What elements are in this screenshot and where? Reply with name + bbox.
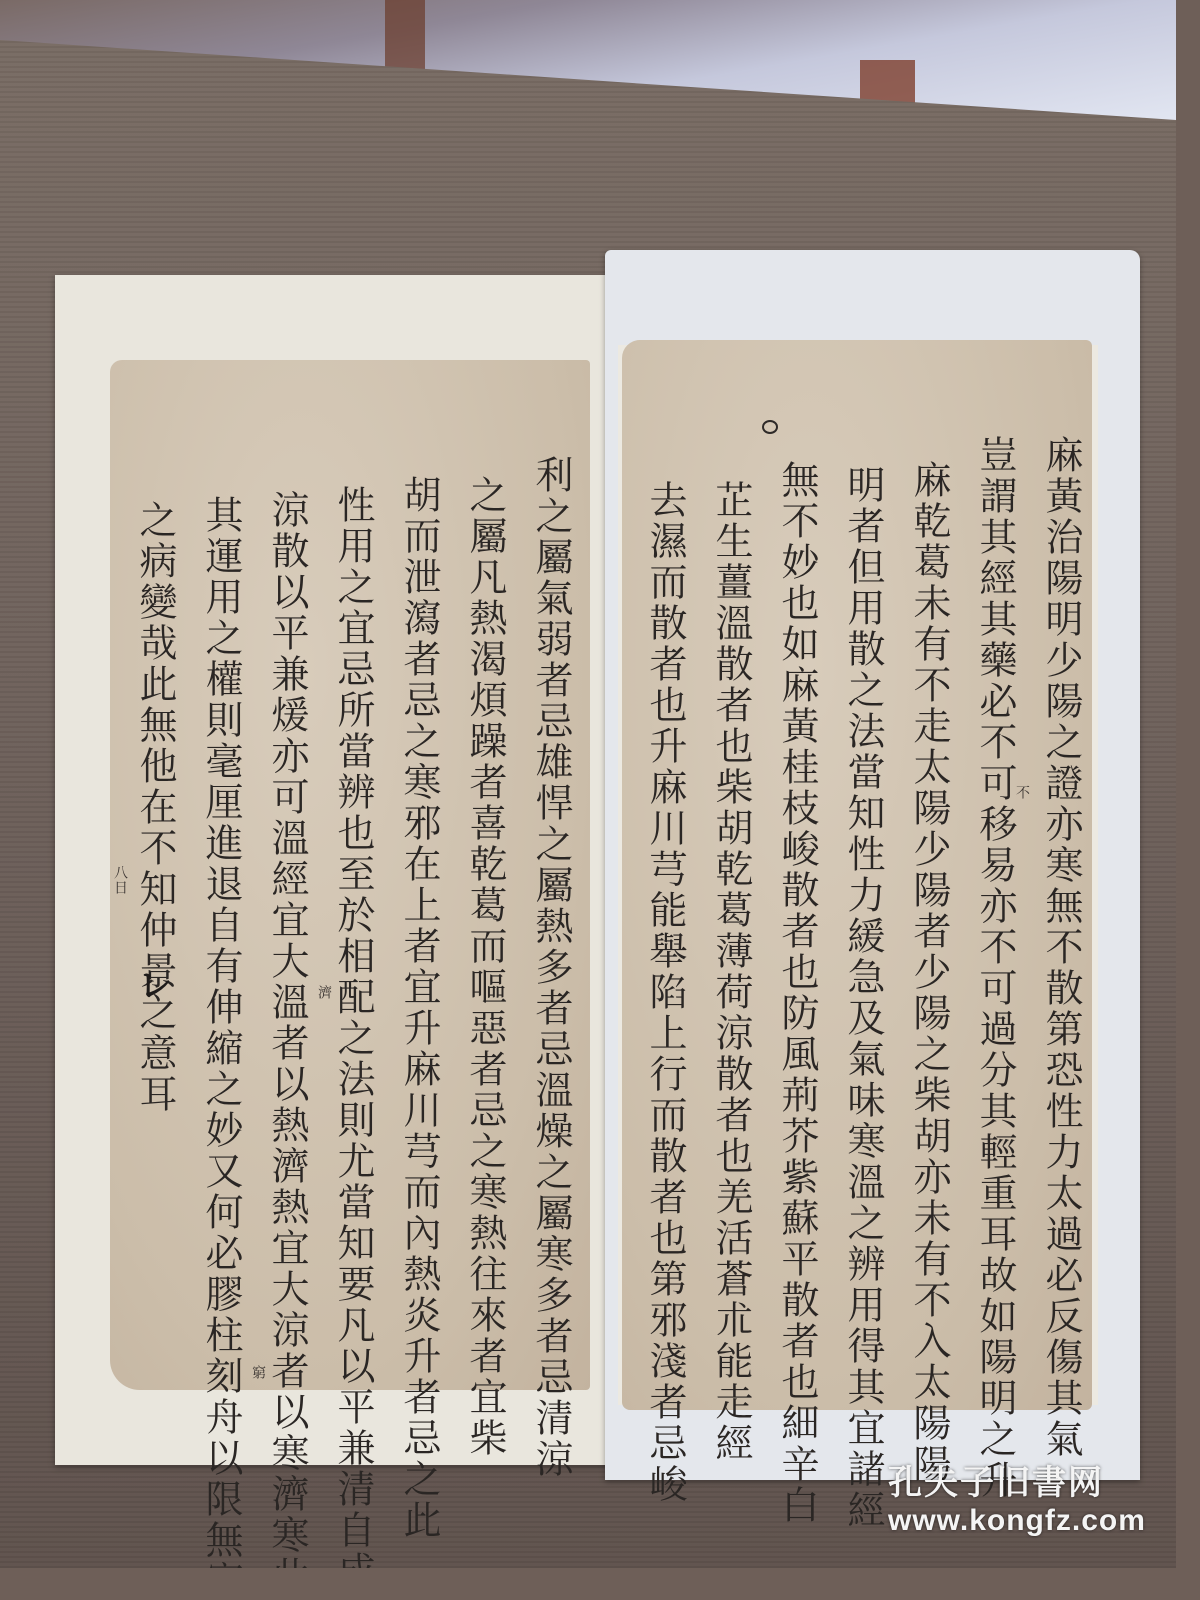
margin-page-note: 八日 bbox=[110, 865, 130, 895]
site-watermark: 孔夫子旧書网 www.kongfz.com bbox=[888, 1455, 1158, 1538]
text-column: 麻黃治陽明少陽之證亦寒無不散第恐性力太過必反傷其氣 bbox=[1042, 435, 1080, 1460]
interlinear-note: 窮 bbox=[248, 1365, 268, 1380]
circle-punctuation-mark bbox=[762, 420, 778, 434]
text-column: 胡而泄瀉者忌之寒邪在上者宜升麻川芎而內熱炎升者忌之此 bbox=[400, 475, 438, 1541]
text-column: 明者但用散之法當知性力緩急及氣味寒溫之辨用得其宜諸經 bbox=[844, 465, 882, 1531]
left-manuscript-page: 利之屬氣弱者忌雄悍之屬熱多者忌溫燥之屬寒多者忌清涼 之屬凡熱渴煩躁者喜乾葛而嘔惡… bbox=[110, 360, 590, 1390]
text-column: 去濕而散者也升麻川芎能舉陷上行而散者也第邪淺者忌峻 bbox=[646, 480, 684, 1505]
text-column: 麻乾葛未有不走太陽少陽者少陽之柴胡亦未有不入太陽陽 bbox=[910, 460, 948, 1485]
watermark-url: www.kongfz.com bbox=[888, 1504, 1158, 1538]
end-check-mark: レ bbox=[138, 958, 172, 1007]
interlinear-note: 不 bbox=[1012, 785, 1032, 800]
text-column: 無不妙也如麻黃桂枝峻散者也防風荊芥紫蘇平散者也細辛白 bbox=[778, 460, 816, 1526]
text-column: 芷生薑溫散者也柴胡乾葛薄荷涼散者也羌活蒼朮能走經 bbox=[712, 480, 750, 1464]
text-column: 涼散以平兼煖亦可溫經宜大溫者以熱濟熱宜大涼者以寒濟寒此 bbox=[268, 490, 306, 1568]
watermark-site-name: 孔夫子旧書网 bbox=[888, 1455, 1158, 1504]
interlinear-note: 濟 bbox=[314, 985, 334, 1000]
reflection-streak bbox=[860, 60, 915, 105]
text-column: 性用之宜忌所當辨也至於相配之法則尤當知要凡以平兼清自成 bbox=[334, 485, 372, 1568]
text-column: 利之屬氣弱者忌雄悍之屬熱多者忌溫燥之屬寒多者忌清涼 bbox=[532, 455, 570, 1480]
reflection-streak bbox=[385, 0, 425, 70]
text-column: 豈謂其經其藥必不可移易亦不可過分其輕重耳故如陽明之升 bbox=[976, 435, 1014, 1501]
text-column: 之屬凡熱渴煩躁者喜乾葛而嘔惡者忌之寒熱往來者宜柴 bbox=[466, 475, 504, 1459]
text-column: 其運用之權則毫厘進退自有伸縮之妙又何必膠柱刻舟以限無窮 bbox=[202, 495, 240, 1568]
text-column: 之病變哉此無他在不知仲景之意耳 bbox=[136, 500, 174, 1115]
right-manuscript-page: 麻黃治陽明少陽之證亦寒無不散第恐性力太過必反傷其氣 豈謂其經其藥必不可移易亦不可… bbox=[622, 340, 1092, 1410]
